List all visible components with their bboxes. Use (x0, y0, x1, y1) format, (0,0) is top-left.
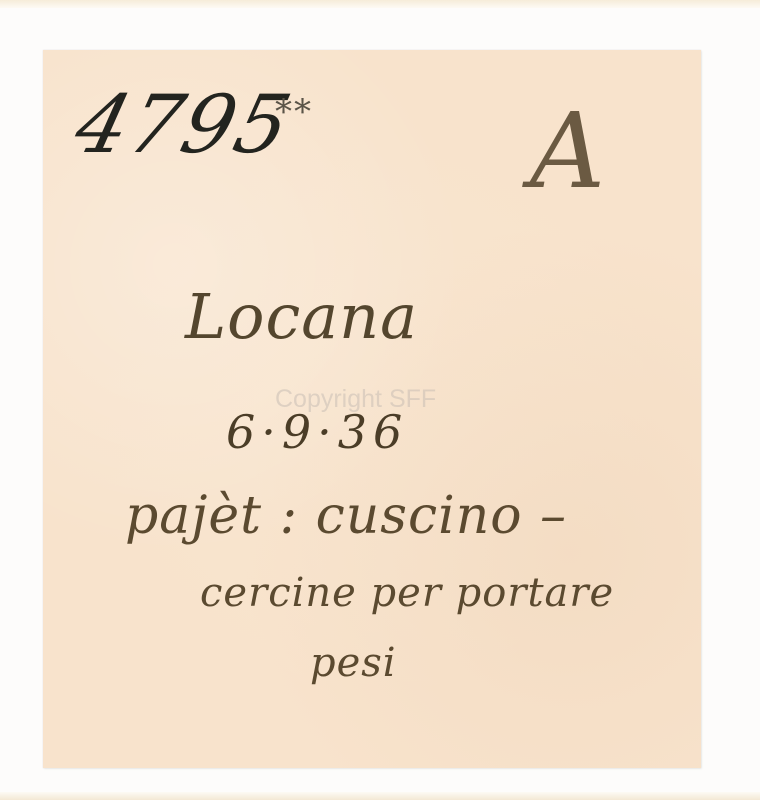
date: 6·9·36 (226, 405, 408, 459)
catalog-star-marks: ** (275, 92, 313, 132)
note-line-3: pesi (310, 640, 397, 686)
category-letter: A (530, 90, 606, 212)
bottom-edge-strip (0, 792, 760, 800)
place-name: Locana (185, 280, 418, 353)
note-line-2: cercine per portare (200, 570, 614, 616)
note-line-1: pajèt : cuscino – (125, 486, 567, 546)
top-edge-strip (0, 0, 760, 8)
catalog-number: 4795 (66, 78, 301, 171)
